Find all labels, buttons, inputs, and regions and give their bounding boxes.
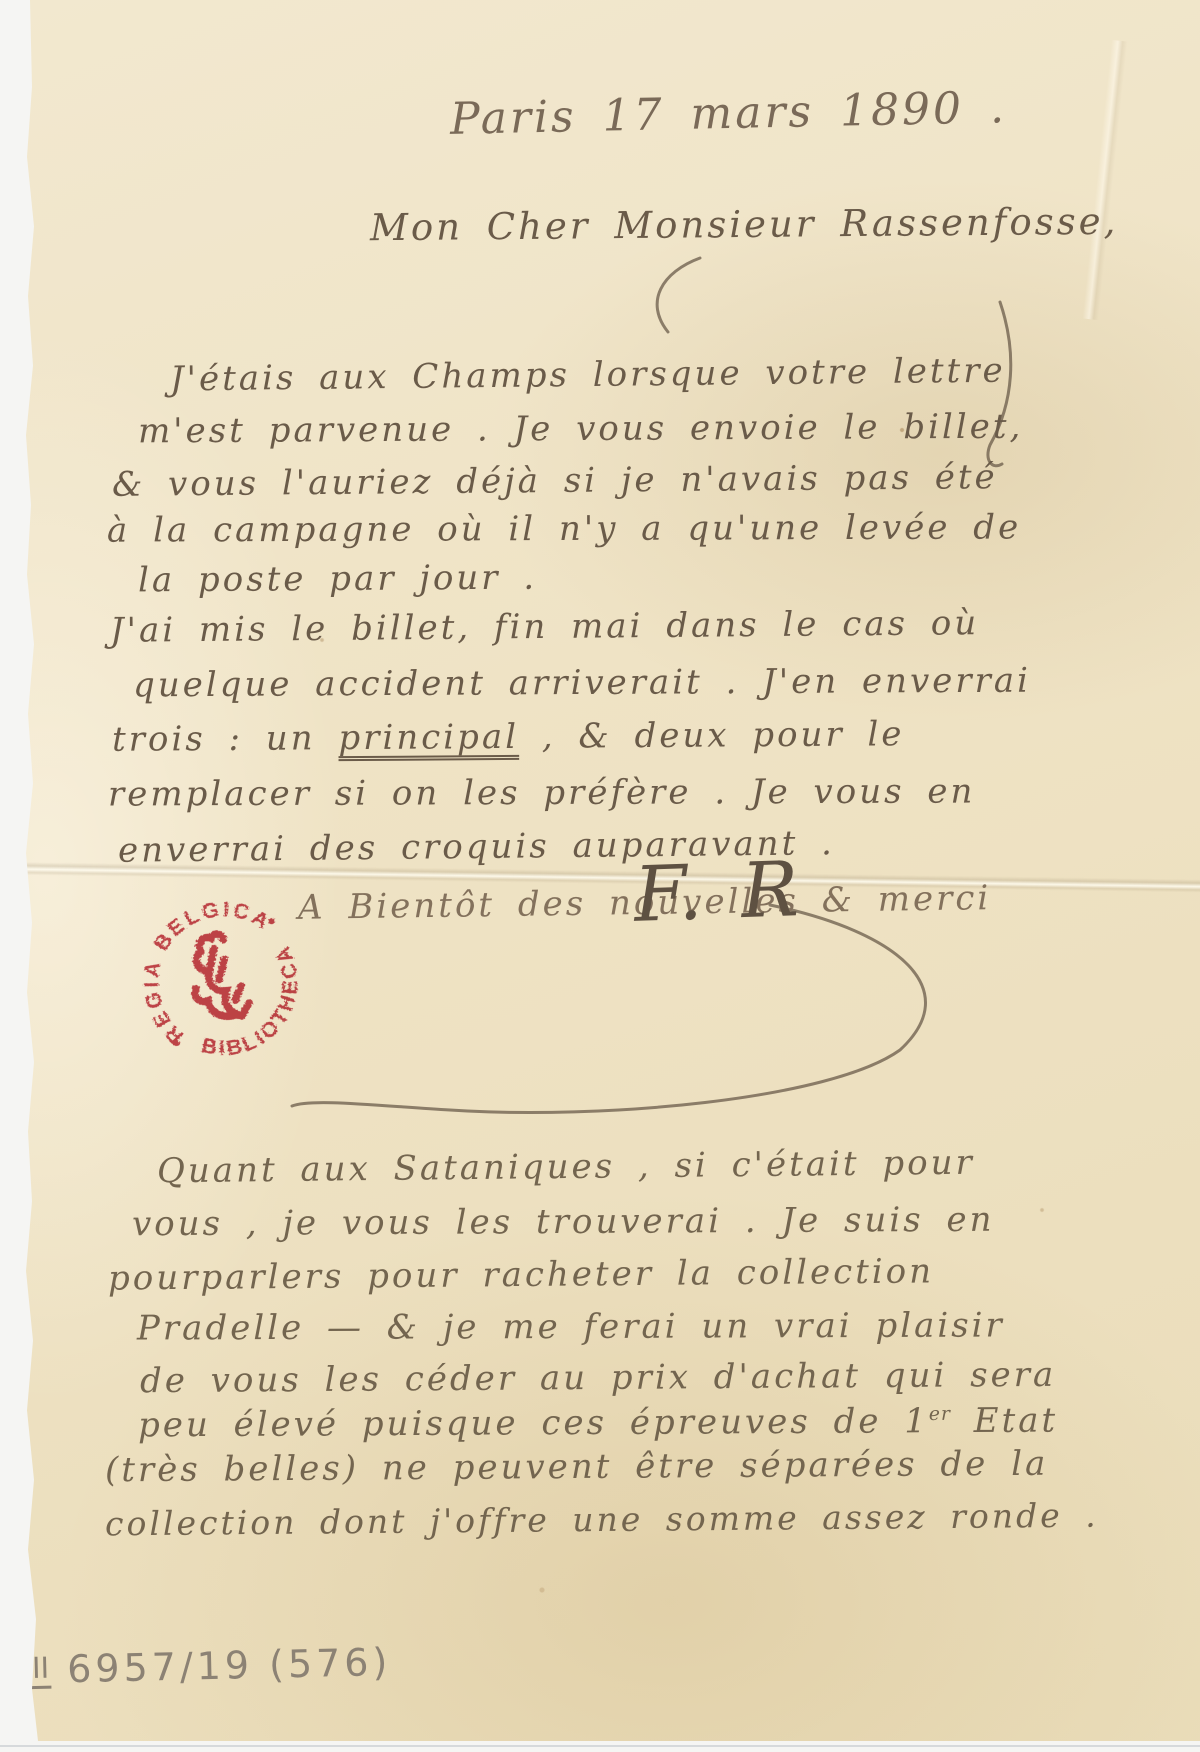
letter-line: quelque accident arriverait . J'en enver… — [133, 664, 1031, 703]
letter-line: collection dont j'offre une somme assez … — [105, 1499, 1099, 1541]
letter-line: remplacer si on les préfère . Je vous en — [108, 774, 975, 811]
scanned-letter-page: { "letter": { "dateline": "Paris 17 mars… — [0, 0, 1200, 1752]
underlined-word: principal — [338, 717, 519, 758]
line-suffix: , & deux pour le — [519, 714, 905, 757]
letter-line: J'ai mis le billet, fin mai dans le cas … — [110, 606, 979, 648]
inventory-digits: 6957/19 (576) — [67, 1640, 392, 1691]
line-prefix: peu élevé puisque ces épreuves de 1 — [138, 1401, 929, 1445]
letter-line: de vous les céder au prix d'achat qui se… — [140, 1358, 1056, 1398]
dateline: Paris 17 mars 1890 . — [450, 86, 1008, 142]
inventory-roman-numeral: II — [30, 1651, 52, 1689]
letter-line: peu élevé puisque ces épreuves de 1er Et… — [138, 1404, 1058, 1443]
letter-line: à la campagne où il n'y a qu'une levée d… — [107, 510, 1021, 547]
salutation-flourish — [657, 258, 700, 332]
letter-line: pourparlers pour racheter la collection — [108, 1254, 934, 1295]
line-suffix: Etat — [951, 1401, 1058, 1442]
letter-line: & vous l'auriez déjà si je n'avais pas é… — [112, 460, 998, 502]
salutation: Mon Cher Monsieur Rassenfosse, — [370, 203, 1119, 247]
letter-line: J'étais aux Champs lorsque votre lettre — [170, 354, 1006, 397]
superscript: er — [929, 1404, 951, 1425]
letter-line: Pradelle — & je me ferai un vrai plaisir — [137, 1308, 1005, 1345]
letter-line: m'est parvenue . Je vous envoie le bille… — [138, 410, 1023, 449]
signature-flourish — [292, 905, 925, 1113]
letter-line: trois : un principal , & deux pour le — [112, 717, 905, 757]
belgian-lion-icon — [171, 928, 272, 1027]
signature: F. R — [633, 851, 803, 933]
paper-crease-vertical — [1082, 40, 1127, 320]
svg-text:REGIA BELGICA: REGIA BELGICA — [106, 864, 277, 1050]
letter-line: (très belles) ne peuvent être séparées d… — [105, 1447, 1049, 1488]
scan-bottom-edge — [0, 1745, 1200, 1747]
line-prefix: trois : un — [112, 718, 339, 760]
letter-line: Quant aux Sataniques , si c'était pour — [157, 1146, 975, 1189]
letter-line: vous , je vous les trouverai . Je suis e… — [132, 1203, 995, 1242]
letter-paper: Paris 17 mars 1890 . Mon Cher Monsieur R… — [22, 0, 1200, 1741]
stamp-arc-top-text: REGIA BELGICA — [106, 864, 277, 1050]
letter-line: la poste par jour . — [138, 561, 537, 598]
inventory-number: II 6957/19 (576) — [30, 1640, 392, 1694]
